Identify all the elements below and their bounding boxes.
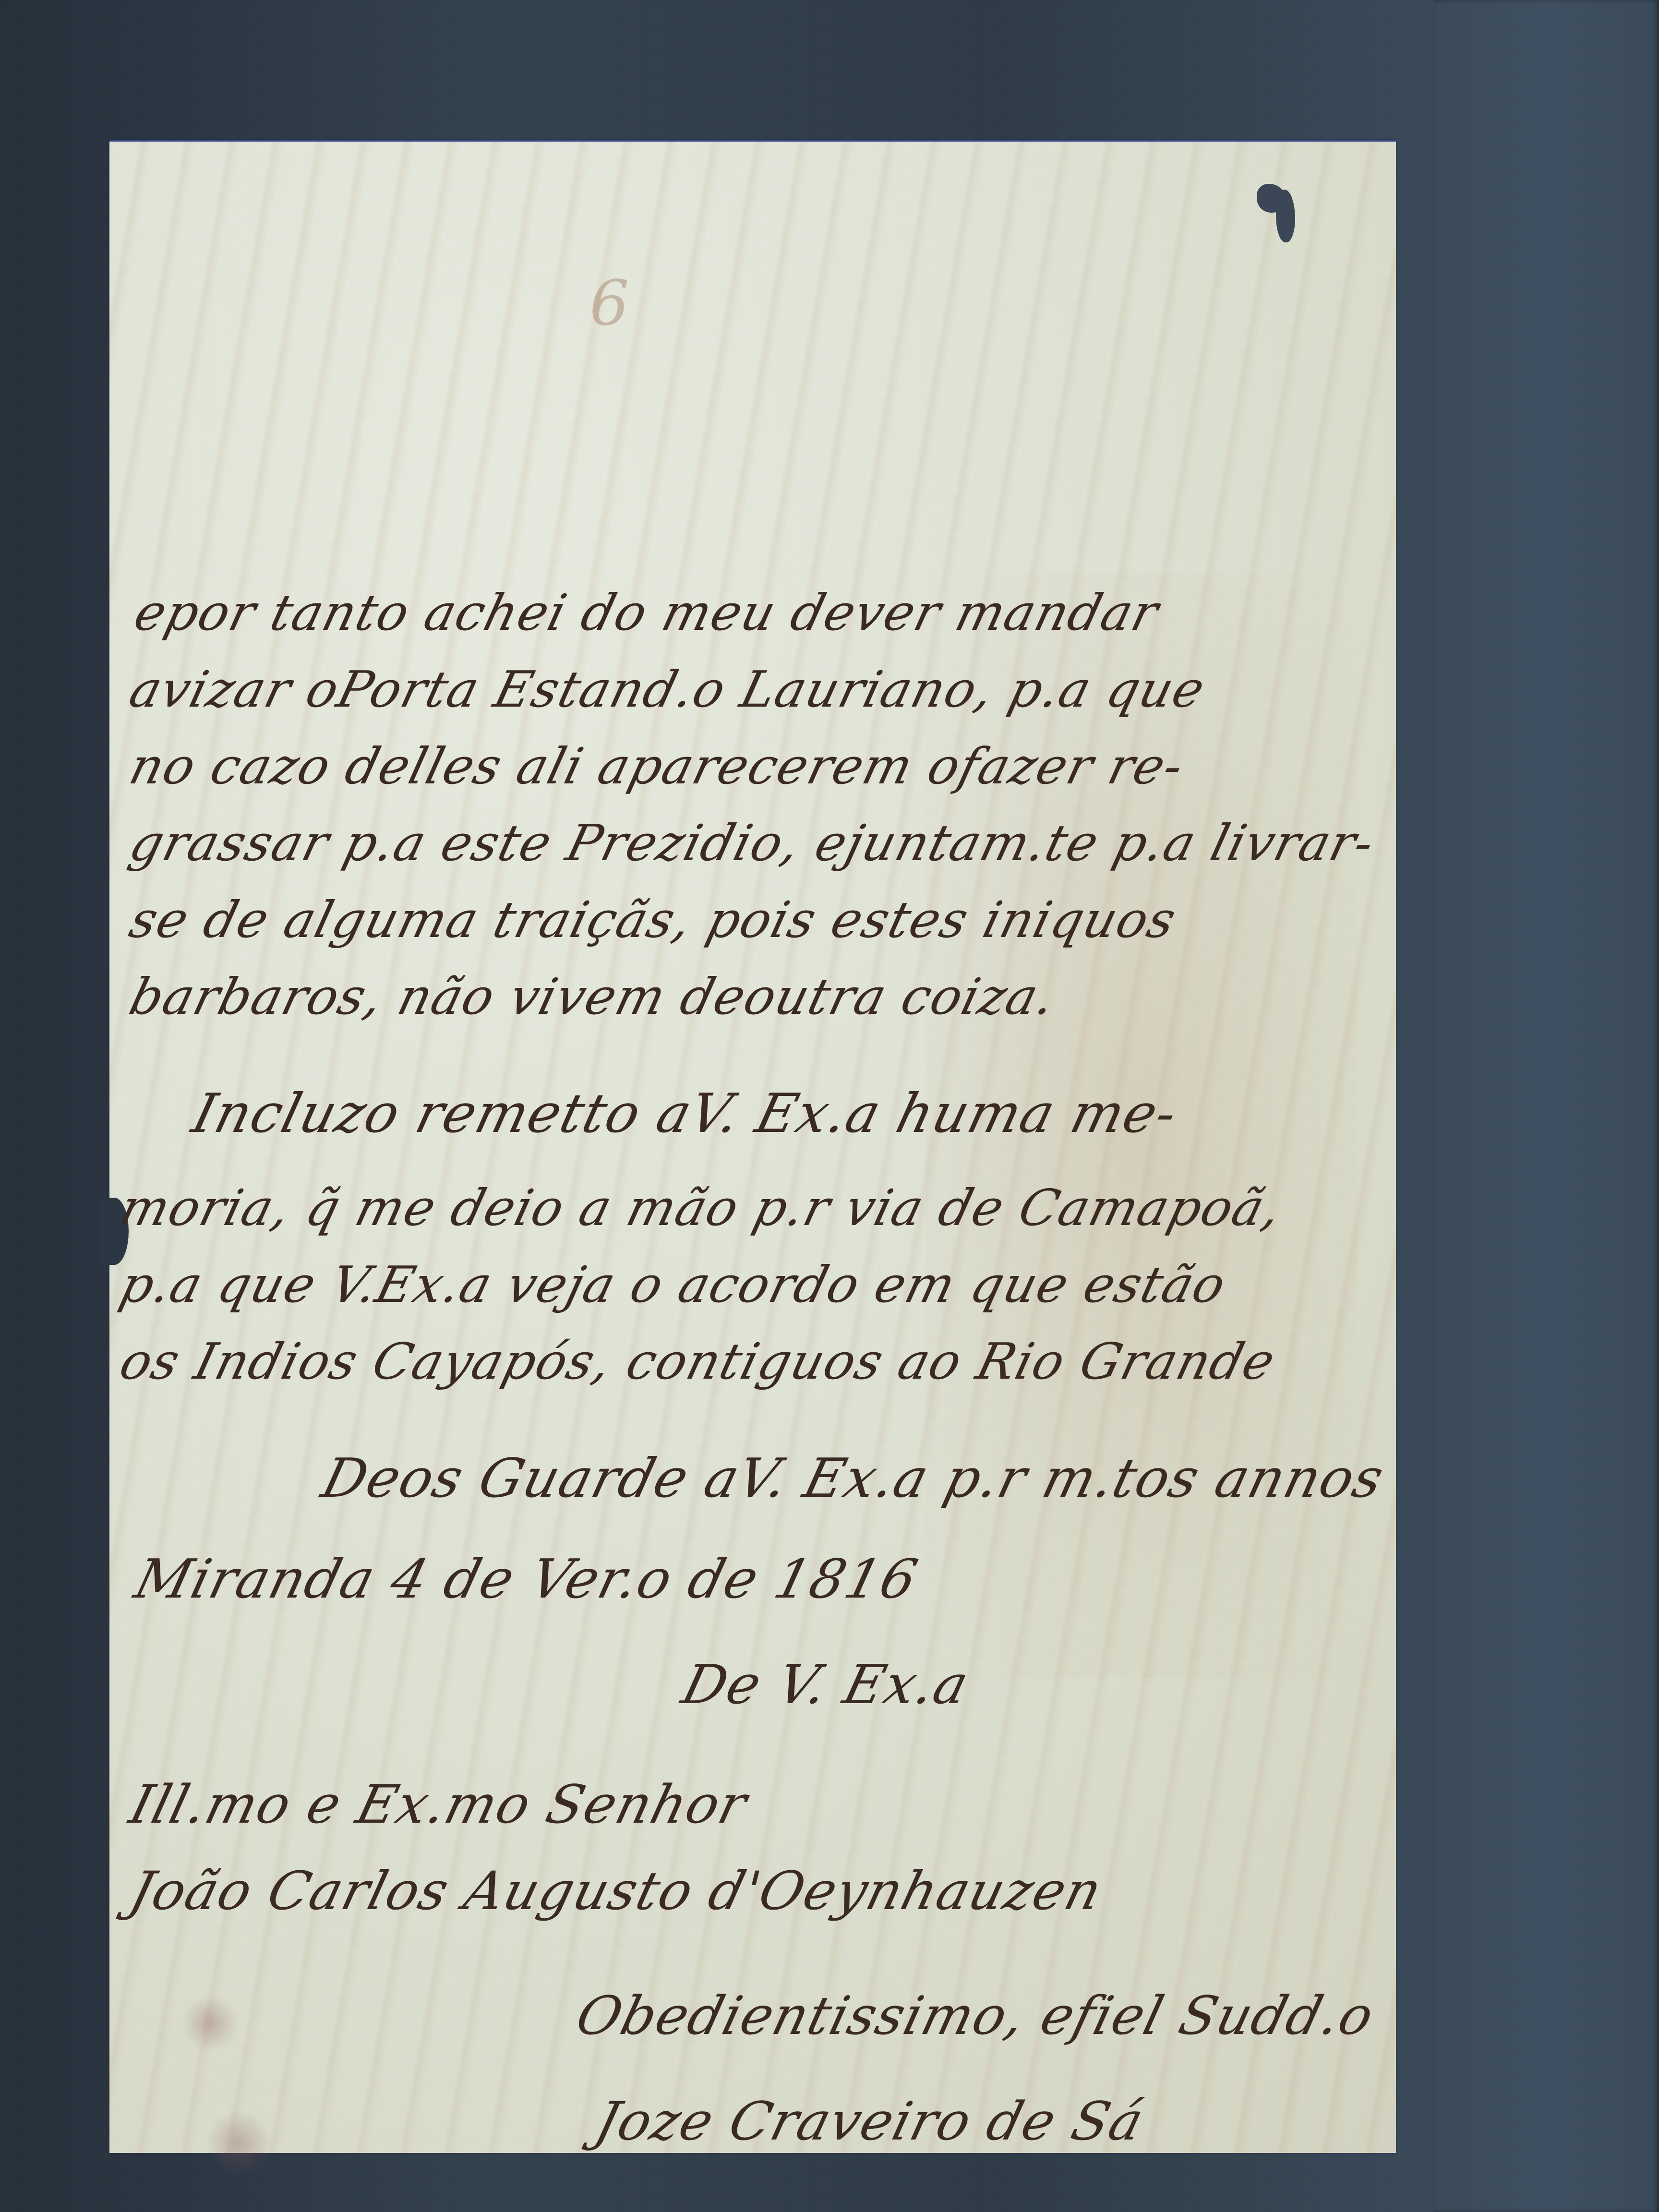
valediction: Obedientissimo, efiel Sudd.o (570, 1985, 1381, 2046)
body-line-2: avizar oPorta Estand.o Lauriano, p.a que (124, 660, 1211, 719)
ink-stain (205, 2110, 273, 2177)
body-line-4: grassar p.a este Prezidio, ejuntam.te p.… (124, 814, 1381, 872)
closing-blessing: Deos Guarde aV. Ex.a p.r m.tos annos (316, 1447, 1390, 1510)
paper-damage-hole (1276, 190, 1295, 242)
addressee-name: João Carlos Augusto d'Oeynhauzen (124, 1860, 1109, 1922)
manuscript-page: 6 epor tanto achei do meu dever mandar a… (109, 140, 1396, 2153)
signature: Joze Craveiro de Sá (589, 2091, 1150, 2152)
body-line-1: epor tanto achei do meu dever mandar (129, 583, 1165, 642)
body-line-3: no cazo delles ali aparecerem ofazer re- (124, 737, 1190, 795)
para2-line-1: Incluzo remetto aV. Ex.a huma me- (186, 1082, 1184, 1145)
addressee-title: Ill.mo e Ex.mo Senhor (124, 1774, 754, 1835)
ink-stain (181, 1995, 239, 2052)
body-line-6: barbaros, não vivem deoutra coiza. (124, 967, 1062, 1026)
folio-number: 6 (589, 266, 629, 339)
para2-line-2: moria, q̃ me deio a mão p.r via de Camap… (114, 1178, 1288, 1237)
formula-de-v-exa: De V. Ex.a (676, 1654, 975, 1716)
mount-side-panel (1434, 0, 1659, 2212)
para2-line-4: os Indios Cayapós, contiguos ao Rio Gran… (114, 1332, 1282, 1391)
para2-line-3: p.a que V.Ex.a veja o acordo em que estã… (114, 1255, 1232, 1314)
dateline: Miranda 4 de Ver.o de 1816 (129, 1548, 924, 1611)
body-line-5: se de alguma traiçãs, pois estes iniquos (124, 890, 1182, 949)
